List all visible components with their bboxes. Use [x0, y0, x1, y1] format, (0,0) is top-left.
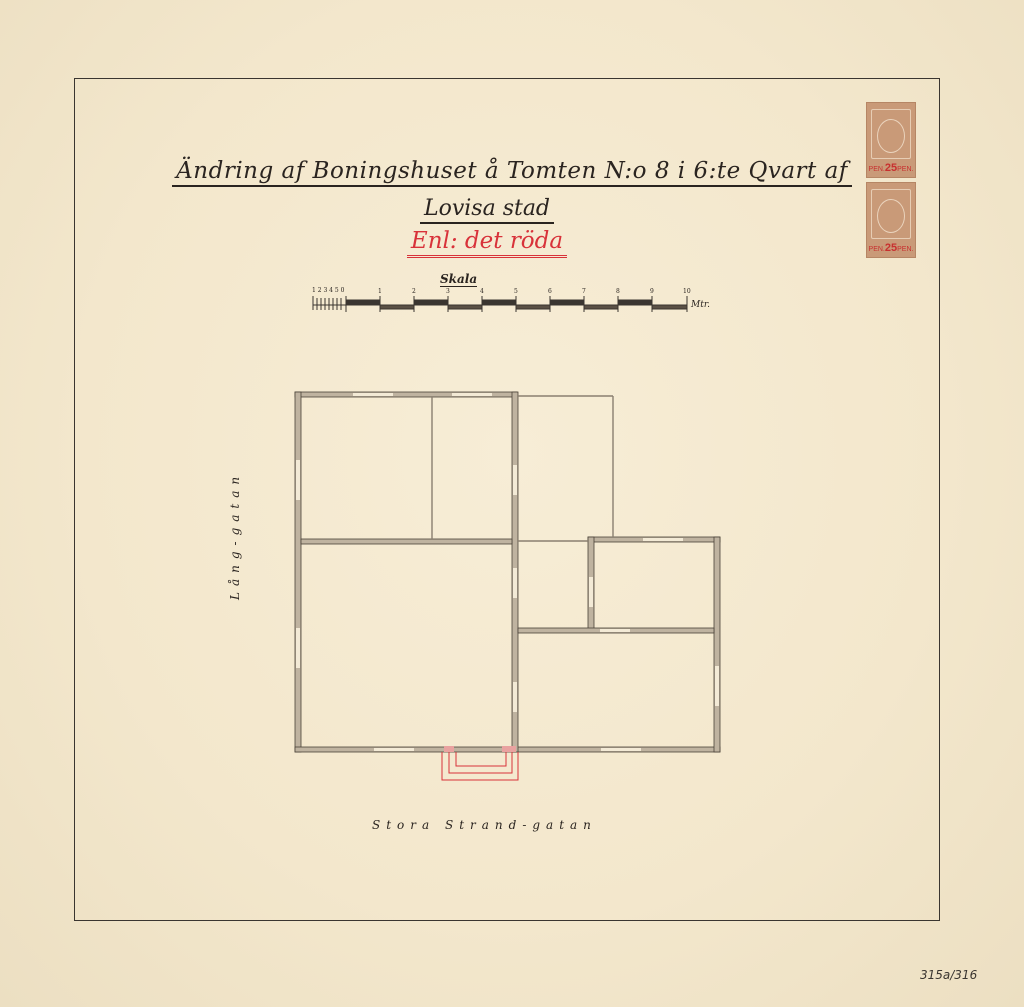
scale-bar [313, 296, 687, 312]
svg-text:9: 9 [650, 288, 654, 295]
svg-text:4: 4 [480, 288, 484, 295]
svg-text:10: 10 [683, 288, 691, 295]
scale-bar-and-floor-plan: 1 2 3 4 5 0 123 456 789 10 Mtr. [0, 0, 1024, 1007]
floor-plan [295, 392, 720, 752]
svg-text:8: 8 [616, 288, 620, 295]
svg-text:1 2 3 4 5 0: 1 2 3 4 5 0 [312, 287, 345, 294]
svg-text:3: 3 [446, 288, 450, 295]
svg-text:7: 7 [582, 288, 586, 295]
street-label-side: Lång-gatan [228, 471, 242, 600]
svg-text:6: 6 [548, 288, 552, 295]
svg-text:2: 2 [412, 288, 416, 295]
street-label-bottom: Stora Strand-gatan [372, 818, 597, 832]
svg-text:Mtr.: Mtr. [690, 300, 710, 310]
svg-text:1: 1 [378, 288, 382, 295]
svg-text:5: 5 [514, 288, 518, 295]
archive-number: 315a/316 [920, 968, 977, 982]
